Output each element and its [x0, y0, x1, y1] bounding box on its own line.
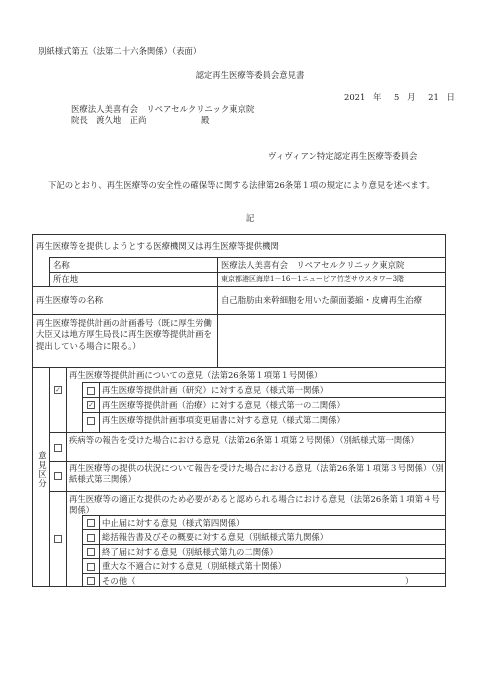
category-2-checkbox[interactable]	[54, 444, 62, 452]
addressee-organization: 医療法人美喜有会 リペアセルクリニック東京院	[71, 104, 254, 115]
divider	[49, 367, 50, 587]
sub-4-4-label: 重大な不適合に対する意見（別紙様式第十関係）	[102, 561, 286, 572]
ki-heading: 記	[0, 213, 500, 224]
sub-1-3-label: 再生医療等提供計画事項変更届書に対する意見（様式第二関係）	[102, 415, 345, 426]
check-icon: ✓	[88, 401, 94, 409]
sub-1-2-label: 再生医療等提供計画（治療）に対する意見（様式第一の二関係）	[102, 400, 345, 411]
document-title: 認定再生医療等委員会意見書	[0, 70, 500, 81]
date-month: 5	[394, 92, 399, 103]
date-day: 21	[428, 92, 439, 103]
category-2-label: 疾病等の報告を受けた場合における意見（法第26条第１項第２号関係）（別紙様式第一…	[69, 435, 444, 446]
therapy-value: 自己脂肪由来幹細胞を用いた顔面萎縮・皮膚再生治療	[221, 295, 422, 306]
sub-4-2-label: 総括報告書及びその概要に対する意見（別紙様式第九関係）	[102, 532, 328, 543]
divider	[66, 367, 67, 587]
name-label: 名称	[53, 260, 70, 271]
sub-1-1-label: 再生医療等提供計画（研究）に対する意見（様式第一関係）	[102, 385, 328, 396]
sub-1-2-checkbox[interactable]: ✓	[87, 401, 95, 409]
divider	[217, 257, 218, 367]
provider-heading: 再生医療等を提供しようとする医療機関又は再生医療等提供機関	[36, 241, 279, 252]
therapy-label: 再生医療等の名称	[36, 295, 103, 306]
divider	[82, 515, 83, 587]
divider	[49, 272, 446, 273]
committee-name: ヴィヴィアン特定認定再生医療等委員会	[268, 151, 417, 162]
divider	[33, 367, 446, 368]
check-icon: ✓	[55, 386, 61, 394]
divider	[49, 257, 446, 258]
form-identifier: 別紙様式第五（法第二十六条関係）（表面）	[38, 46, 201, 57]
divider	[99, 515, 100, 587]
divider	[99, 382, 100, 432]
name-value: 医療法人美喜有会 リペアセルクリニック東京院	[221, 260, 404, 271]
sub-4-1-label: 中止届に対する意見（様式第四関係）	[102, 518, 244, 529]
category-4-checkbox[interactable]	[54, 535, 62, 543]
plan-number-label: 再生医療等提供計画の計画番号（既に厚生労働大臣又は地方厚生局長に再生医療等提供計…	[36, 318, 214, 352]
address-value: 東京都港区海岸1－16－1ニューピア竹芝サウスタワー3階	[221, 275, 404, 284]
issue-date: 2021 年 5 月 21 日	[344, 92, 455, 103]
sub-4-5-close: ）	[405, 576, 413, 587]
date-year-unit: 年	[373, 92, 381, 103]
sub-4-1-checkbox[interactable]	[87, 519, 95, 527]
divider	[82, 529, 446, 530]
sub-1-1-checkbox[interactable]	[87, 387, 95, 395]
category-1-checkbox[interactable]: ✓	[54, 386, 62, 394]
opinion-table: 再生医療等を提供しようとする医療機関又は再生医療等提供機関 名称 医療法人美喜有…	[32, 234, 446, 587]
addressee-person-line: 院長 渡久地 正尚 殿	[71, 115, 146, 126]
category-3-label: 再生医療等の提供の状況について報告を受けた場合における意見（法第26条第１項第３…	[69, 463, 444, 484]
divider	[82, 397, 446, 398]
divider	[82, 573, 446, 574]
sub-4-5-label: その他（	[102, 576, 136, 587]
divider	[49, 491, 446, 492]
date-day-unit: 日	[446, 92, 454, 103]
date-year: 2021	[344, 92, 365, 103]
category-3-checkbox[interactable]	[54, 472, 62, 480]
divider	[82, 412, 446, 413]
addressee-person: 院長 渡久地 正尚	[71, 115, 146, 125]
address-label: 所在地	[53, 274, 78, 285]
sub-4-4-checkbox[interactable]	[87, 563, 95, 571]
divider	[82, 382, 446, 383]
divider	[82, 515, 446, 516]
intro-paragraph: 下記のとおり、再生医療等の安全性の確保等に関する法律第26条第１項の規定により意…	[38, 180, 463, 191]
category-1-label: 再生医療等提供計画についての意見（法第26条第１項第１号関係）	[69, 370, 322, 381]
category-label: 意見区分	[37, 451, 48, 489]
divider	[49, 461, 446, 462]
divider	[82, 558, 446, 559]
sub-1-3-checkbox[interactable]	[87, 417, 95, 425]
sub-4-5-checkbox[interactable]	[87, 577, 95, 585]
sub-4-3-checkbox[interactable]	[87, 548, 95, 556]
divider	[82, 544, 446, 545]
divider	[82, 382, 83, 432]
sub-4-3-label: 終了届に対する意見（別紙様式第九の二関係）	[102, 547, 278, 558]
divider	[33, 314, 446, 315]
category-4-label: 再生医療等の適正な提供のため必要があると認められる場合における意見（法第26条第…	[69, 494, 444, 515]
addressee-honorific: 殿	[201, 115, 209, 126]
date-month-unit: 月	[407, 92, 415, 103]
divider	[49, 432, 446, 433]
divider	[33, 286, 446, 287]
sub-4-2-checkbox[interactable]	[87, 534, 95, 542]
